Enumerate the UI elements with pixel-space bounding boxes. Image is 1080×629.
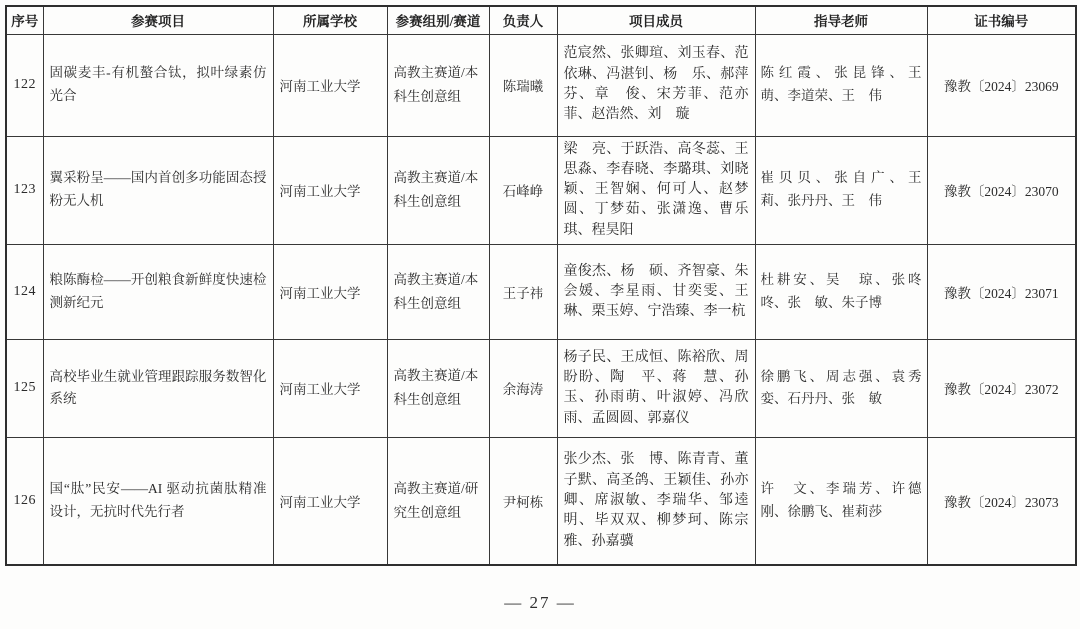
cell-serial: 123 [6, 136, 43, 244]
cell-serial: 126 [6, 437, 43, 565]
cell-leader: 陈瑞曦 [489, 34, 557, 136]
cell-members: 杨子民、王成恒、陈裕欣、周盼盼、陶 平、蒋 慧、孙 玉、孙雨萌、叶淑婷、冯欣雨、… [557, 339, 755, 437]
cell-track: 高教主赛道/本科生创意组 [387, 244, 489, 339]
cell-track: 高教主赛道/本科生创意组 [387, 339, 489, 437]
cell-school: 河南工业大学 [273, 339, 387, 437]
cell-school: 河南工业大学 [273, 136, 387, 244]
cell-leader: 石峰峥 [489, 136, 557, 244]
cell-serial: 124 [6, 244, 43, 339]
cell-advisors: 许 文、李瑞芳、许德刚、徐鹏飞、崔莉莎 [755, 437, 927, 565]
cell-project: 国“肽”民安——AI 驱动抗菌肽精准设计，无抗时代先行者 [43, 437, 273, 565]
cell-advisors: 杜耕安、吴 琼、张咚咚、张 敏、朱子博 [755, 244, 927, 339]
cell-serial: 125 [6, 339, 43, 437]
competition-results-table: 序号 参赛项目 所属学校 参赛组别/赛道 负责人 项目成员 指导老师 证书编号 … [5, 5, 1077, 566]
cell-track: 高教主赛道/本科生创意组 [387, 34, 489, 136]
table-row: 126 国“肽”民安——AI 驱动抗菌肽精准设计，无抗时代先行者 河南工业大学 … [6, 437, 1076, 565]
cell-leader: 余海涛 [489, 339, 557, 437]
column-header-leader: 负责人 [489, 6, 557, 34]
column-header-certificate: 证书编号 [927, 6, 1076, 34]
cell-school: 河南工业大学 [273, 244, 387, 339]
page-number: — 27 — [0, 593, 1080, 613]
cell-members: 范宸然、张卿瑄、刘玉春、范依琳、冯湛钊、杨 乐、郝萍芬、章 俊、宋芳菲、范亦菲、… [557, 34, 755, 136]
cell-members: 童俊杰、杨 硕、齐智豪、朱会媛、李星雨、甘奕雯、王 琳、栗玉婷、宁浩臻、李一杭 [557, 244, 755, 339]
table-row: 123 翼采粉呈——国内首创多功能固态授粉无人机 河南工业大学 高教主赛道/本科… [6, 136, 1076, 244]
cell-school: 河南工业大学 [273, 34, 387, 136]
cell-advisors: 崔贝贝、张自广、王 莉、张丹丹、王 伟 [755, 136, 927, 244]
document-page: 序号 参赛项目 所属学校 参赛组别/赛道 负责人 项目成员 指导老师 证书编号 … [0, 0, 1080, 629]
cell-project: 粮陈酶检——开创粮食新鲜度快速检测新纪元 [43, 244, 273, 339]
cell-track: 高教主赛道/研究生创意组 [387, 437, 489, 565]
cell-project: 高校毕业生就业管理跟踪服务数智化系统 [43, 339, 273, 437]
cell-members: 张少杰、张 博、陈青青、董子默、高圣鸽、王颖佳、孙亦卿、席淑敏、李瑞华、邹逵明、… [557, 437, 755, 565]
cell-serial: 122 [6, 34, 43, 136]
table-row: 124 粮陈酶检——开创粮食新鲜度快速检测新纪元 河南工业大学 高教主赛道/本科… [6, 244, 1076, 339]
column-header-school: 所属学校 [273, 6, 387, 34]
cell-certificate: 豫教〔2024〕23070 [927, 136, 1076, 244]
cell-advisors: 徐鹏飞、周志强、袁秀娈、石丹丹、张 敏 [755, 339, 927, 437]
cell-certificate: 豫教〔2024〕23071 [927, 244, 1076, 339]
cell-project: 翼采粉呈——国内首创多功能固态授粉无人机 [43, 136, 273, 244]
column-header-serial: 序号 [6, 6, 43, 34]
cell-certificate: 豫教〔2024〕23072 [927, 339, 1076, 437]
cell-track: 高教主赛道/本科生创意组 [387, 136, 489, 244]
cell-project: 固碳麦丰-有机螯合钛，拟叶绿素仿光合 [43, 34, 273, 136]
table-row: 125 高校毕业生就业管理跟踪服务数智化系统 河南工业大学 高教主赛道/本科生创… [6, 339, 1076, 437]
cell-advisors: 陈红霞、张昆锋、王 萌、李道荣、王 伟 [755, 34, 927, 136]
cell-certificate: 豫教〔2024〕23069 [927, 34, 1076, 136]
cell-leader: 尹柯栋 [489, 437, 557, 565]
table-row: 122 固碳麦丰-有机螯合钛，拟叶绿素仿光合 河南工业大学 高教主赛道/本科生创… [6, 34, 1076, 136]
table-header-row: 序号 参赛项目 所属学校 参赛组别/赛道 负责人 项目成员 指导老师 证书编号 [6, 6, 1076, 34]
column-header-members: 项目成员 [557, 6, 755, 34]
cell-leader: 王子祎 [489, 244, 557, 339]
cell-members: 梁 亮、于跃浩、高冬蕊、王思淼、李春晓、李璐琪、刘晓颖、王智娴、何可人、赵梦圆、… [557, 136, 755, 244]
column-header-project: 参赛项目 [43, 6, 273, 34]
column-header-advisors: 指导老师 [755, 6, 927, 34]
cell-school: 河南工业大学 [273, 437, 387, 565]
cell-certificate: 豫教〔2024〕23073 [927, 437, 1076, 565]
column-header-track: 参赛组别/赛道 [387, 6, 489, 34]
